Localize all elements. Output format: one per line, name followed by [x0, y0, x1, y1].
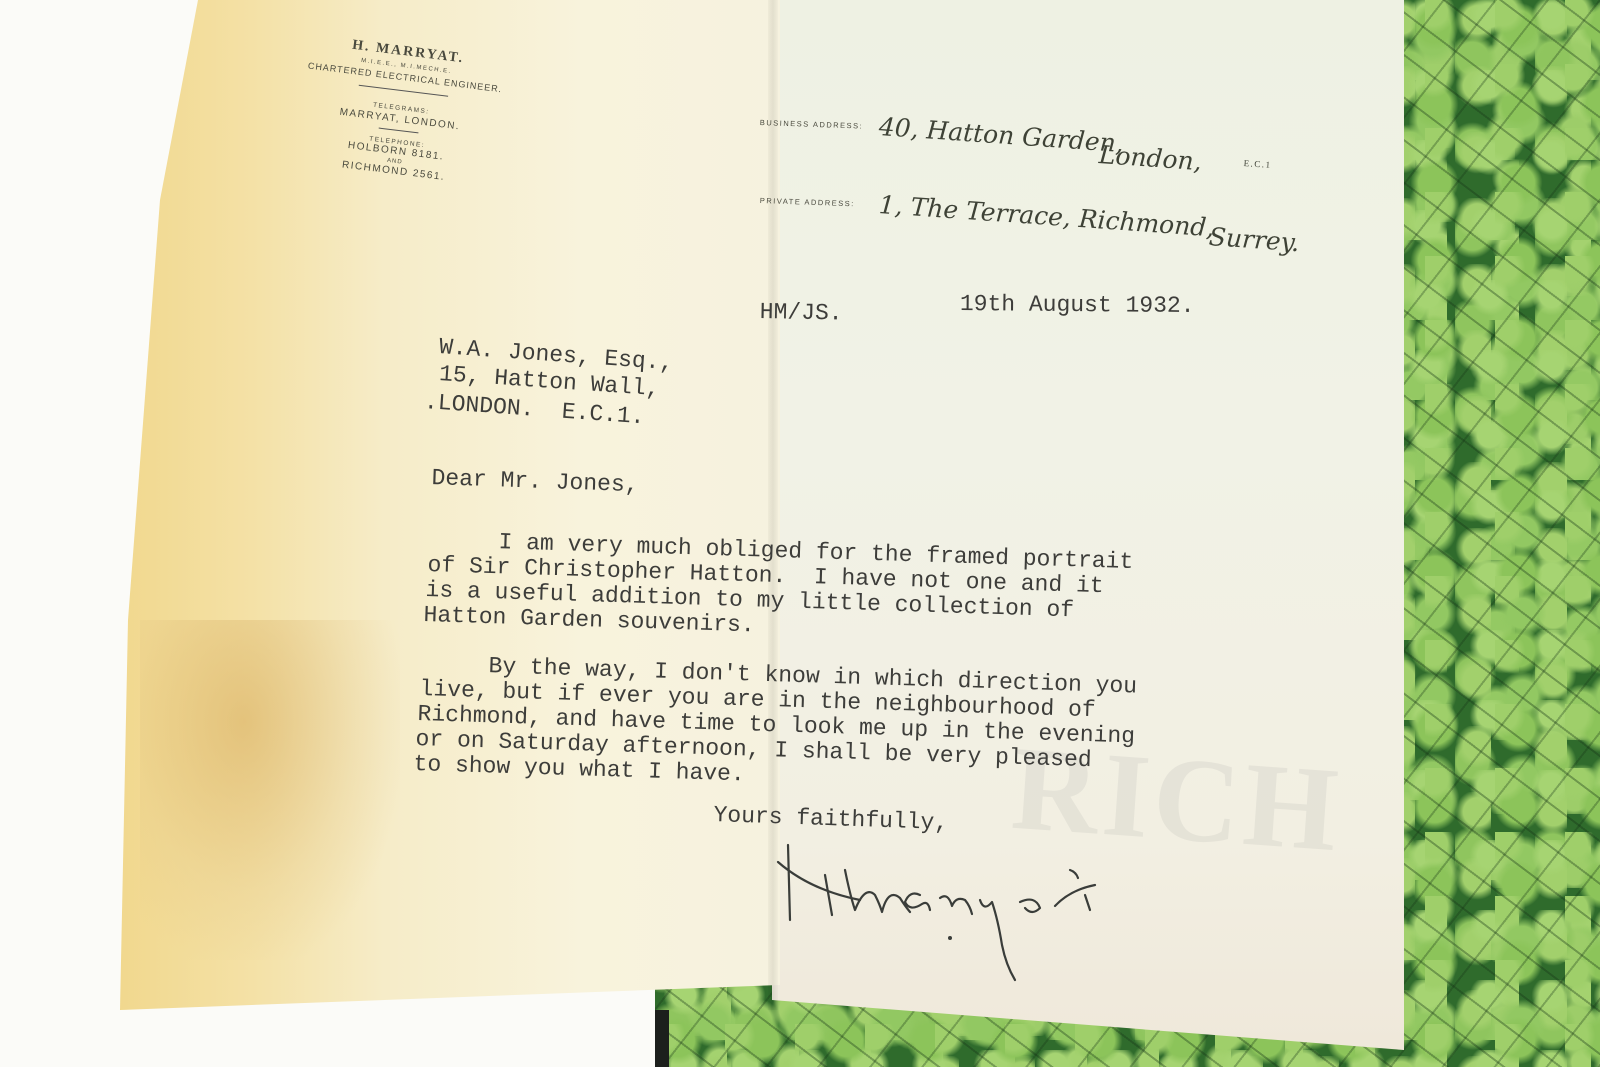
business-address-postcode: E.C.1	[1243, 158, 1272, 170]
letterhead-divider-short	[379, 128, 419, 134]
photo-scene: RICHMOND H. MARRYAT. M.I.E.E., M.I.MECH.…	[0, 0, 1600, 1067]
private-address-line2: Surrey.	[1208, 222, 1300, 257]
book-cover-edge	[655, 1010, 669, 1067]
letter-reference: HM/JS.	[760, 300, 843, 326]
letterhead-divider	[359, 85, 448, 97]
letter-date: 19th August 1932.	[960, 292, 1195, 319]
handwritten-signature	[770, 840, 1210, 990]
